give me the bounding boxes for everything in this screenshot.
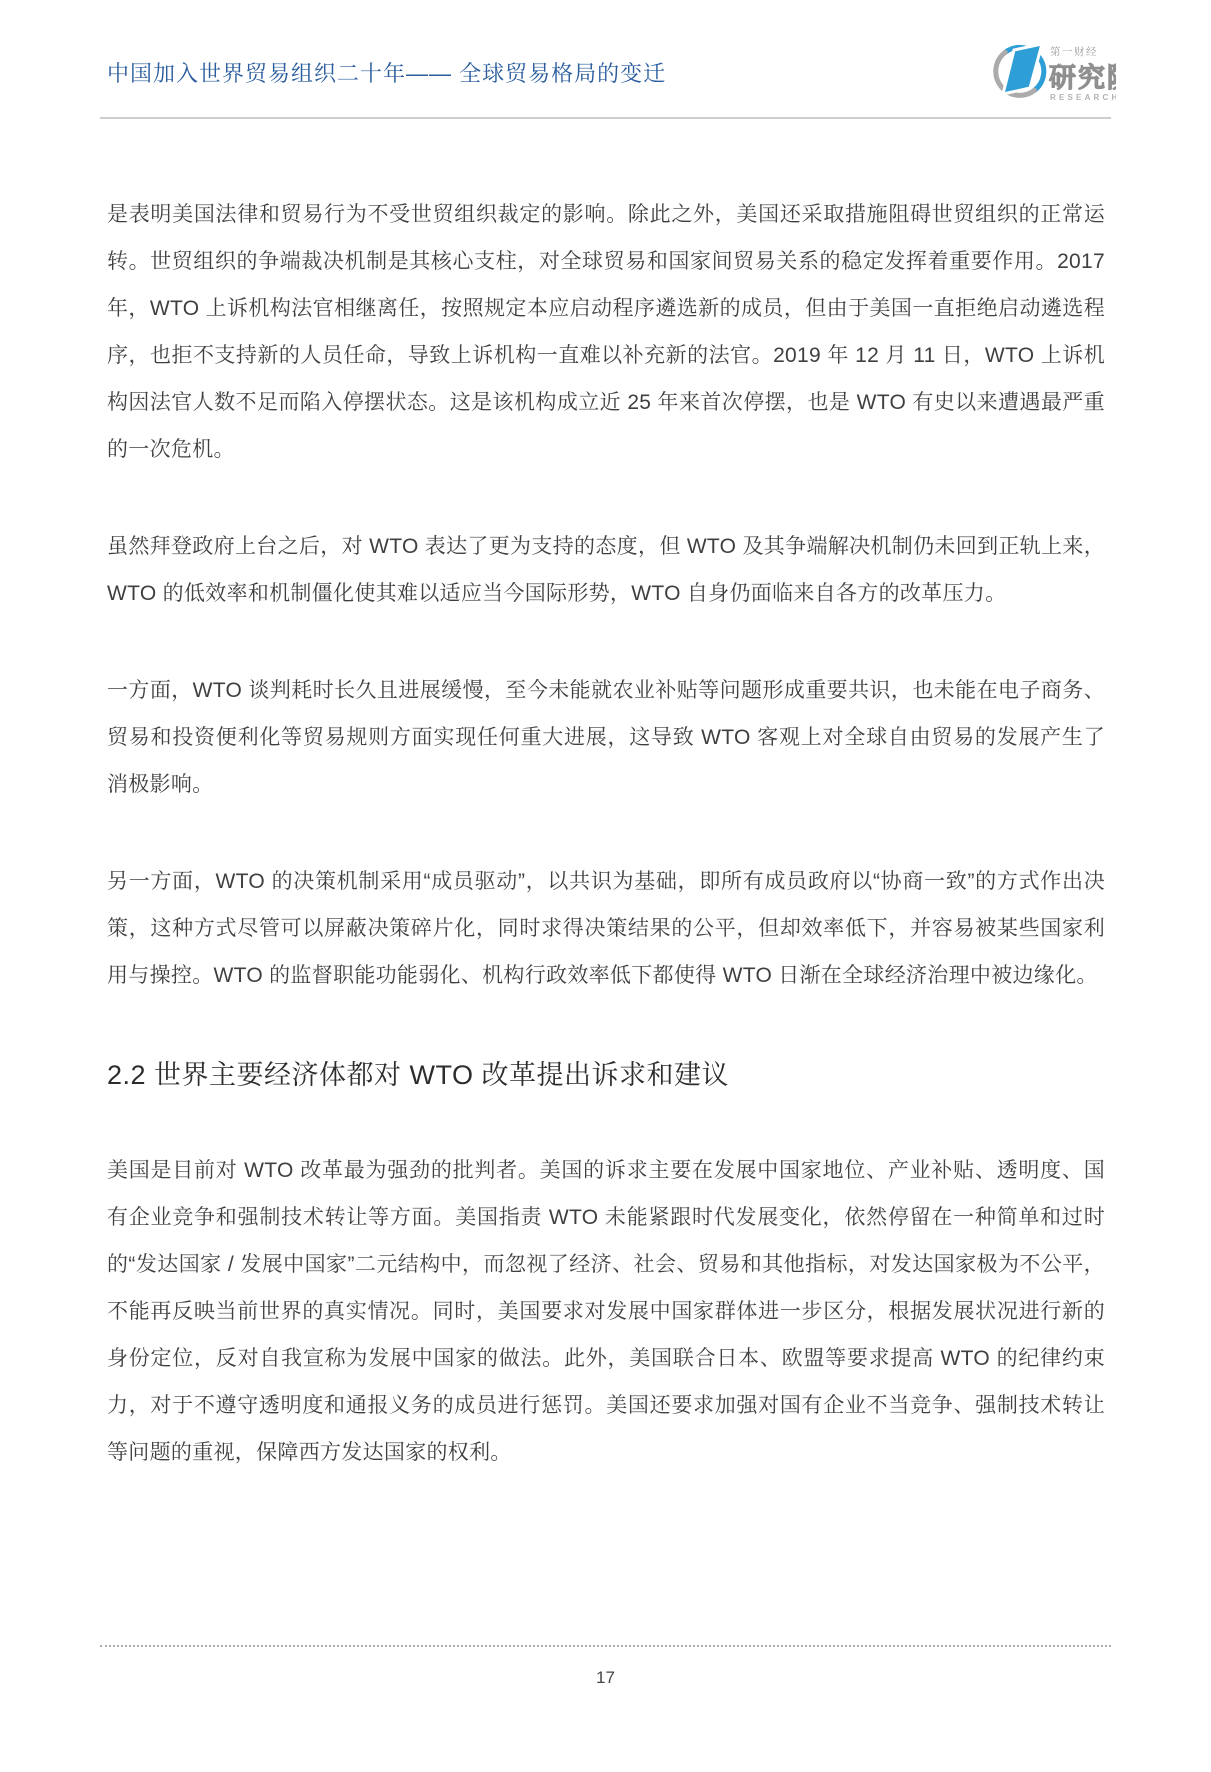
paragraph-negotiation-slow: 一方面，WTO 谈判耗时长久且进展缓慢，至今未能就农业补贴等问题形成重要共识，也… (107, 667, 1105, 808)
section-heading-2-2: 2.2 世界主要经济体都对 WTO 改革提出诉求和建议 (107, 1055, 1105, 1095)
paragraph-us-demands: 美国是目前对 WTO 改革最为强劲的批判者。美国的诉求主要在发展中国家地位、产业… (107, 1147, 1105, 1476)
yicai-research-logo: 第一财经 研究院 RESEARCH (986, 38, 1116, 108)
footer-divider (100, 1645, 1111, 1647)
logo-brand-small: 第一财经 (1050, 45, 1098, 58)
yicai-research-logo-icon: 第一财经 研究院 RESEARCH (986, 38, 1116, 108)
header-divider (100, 117, 1111, 119)
logo-brand-sub: RESEARCH (1050, 93, 1116, 102)
logo-brand-main: 研究院 (1049, 62, 1116, 93)
page-content: 是表明美国法律和贸易行为不受世贸组织裁定的影响。除此之外，美国还采取措施阻碍世贸… (107, 191, 1105, 1526)
document-page: 中国加入世界贸易组织二十年—— 全球贸易格局的变迁 第一财经 研究院 RESEA… (0, 0, 1211, 1772)
page-number: 17 (0, 1668, 1211, 1688)
paragraph-wto-appellate-crisis: 是表明美国法律和贸易行为不受世贸组织裁定的影响。除此之外，美国还采取措施阻碍世贸… (107, 191, 1105, 473)
paragraph-decision-mechanism: 另一方面，WTO 的决策机制采用“成员驱动”，以共识为基础，即所有成员政府以“协… (107, 858, 1105, 999)
report-title: 中国加入世界贸易组织二十年—— 全球贸易格局的变迁 (107, 59, 666, 89)
paragraph-biden-attitude: 虽然拜登政府上台之后，对 WTO 表达了更为支持的态度，但 WTO 及其争端解决… (107, 523, 1105, 617)
